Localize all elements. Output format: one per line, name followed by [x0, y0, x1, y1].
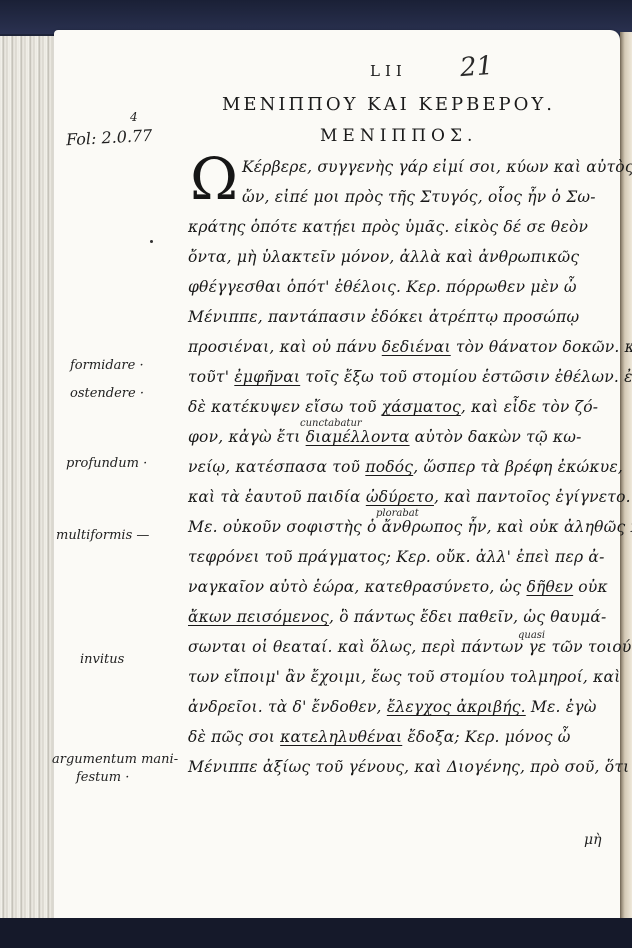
- text-line: δὲ κατέκυψεν εἴσω τοῦ χάσματος, καὶ εἶδε…: [188, 398, 598, 426]
- text-line: των εἴποιμ' ἂν ἔχοιμι, ἕως τοῦ στομίου τ…: [188, 668, 620, 696]
- underlined-phrase: διαμέλλοντα: [306, 428, 410, 446]
- margin-note: invitus: [80, 652, 124, 667]
- ink-speck: [150, 240, 153, 243]
- margin-note: multiformis —: [56, 528, 149, 543]
- text-line: φον, κἀγὼ ἔτι διαμέλλοντα αὐτὸν δακὼν τῷ…: [188, 428, 582, 456]
- text-line: ὤν, εἰπέ μοι πρὸς τῆς Στυγός, οἷος ἦν ὁ …: [242, 188, 596, 216]
- margin-note: argumentum mani-: [52, 752, 178, 767]
- underlined-phrase: κατεληλυθέναι: [280, 728, 402, 746]
- underlined-phrase: ἐμφῆναι: [234, 368, 300, 386]
- scan-background-bottom: [0, 918, 632, 948]
- margin-note: formidare ·: [70, 358, 144, 373]
- text-line: τεφρόνει τοῦ πράγματος; Κερ. οὔκ. ἀλλ' ἐ…: [188, 548, 605, 576]
- interlinear-gloss: plorabat: [376, 508, 419, 519]
- text-line: ναγκαῖον αὐτὸ ἑώρα, κατεθρασύνετο, ὡς δῆ…: [188, 578, 608, 606]
- text-line: Μένιππε, παντάπασιν ἐδόκει ἀτρέπτῳ προσώ…: [188, 308, 579, 336]
- text-line: κράτης ὁπότε κατῄει πρὸς ὑμᾶς. εἰκὸς δέ …: [188, 218, 588, 246]
- underlined-phrase: δῆθεν: [526, 578, 573, 596]
- shelfmark-superscript: 4: [130, 110, 138, 124]
- margin-note: ostendere ·: [70, 386, 144, 401]
- drop-cap-initial: Ω: [190, 150, 238, 208]
- book-page-edges: [0, 36, 55, 926]
- speaker-heading: ΜΕΝΙΠΠΟΣ.: [320, 126, 477, 146]
- interlinear-gloss: quasi: [518, 630, 545, 641]
- interlinear-gloss: cunctabatur: [300, 418, 362, 429]
- underlined-phrase: χάσματος: [382, 398, 461, 416]
- underlined-phrase: δεδιέναι: [382, 338, 451, 356]
- text-line: Με. οὐκοῦν σοφιστὴς ὁ ἄνθρωπος ἦν, καὶ ο…: [188, 518, 632, 546]
- underlined-phrase: ἄκων πεισόμενος: [188, 608, 329, 626]
- margin-note: festum ·: [76, 770, 129, 785]
- text-line: νείῳ, κατέσπασα τοῦ ποδός, ὥσπερ τὰ βρέφ…: [188, 458, 623, 486]
- text-line: τοῦτ' ἐμφῆναι τοῖς ἔξω τοῦ στομίου ἑστῶσ…: [188, 368, 632, 396]
- underlined-phrase: ποδός: [365, 458, 413, 476]
- text-line: Κέρβερε, συγγενὴς γάρ εἰμί σοι, κύων καὶ…: [242, 158, 632, 186]
- handwritten-folio-number: 21: [459, 51, 494, 83]
- text-line: Μένιππε ἀξίως τοῦ γένους, καὶ Διογένης, …: [188, 758, 629, 786]
- text-line: προσιέναι, καὶ οὐ πάνυ δεδιέναι τὸν θάνα…: [188, 338, 632, 366]
- text-line: ὄντα, μὴ ὑλακτεῖν μόνον, ἀλλὰ καὶ ἀνθρωπ…: [188, 248, 579, 276]
- dialogue-title: ΜΕΝΙΠΠΟΥ ΚΑΙ ΚΕΡΒΕΡΟΥ.: [222, 94, 622, 115]
- scan-background-top: [0, 0, 632, 34]
- catchword: μὴ: [584, 832, 602, 848]
- text-line: σωνται οἱ θεαταί. καὶ ὅλως, περὶ πάντων …: [188, 638, 632, 666]
- text-line: δὲ πῶς σοι κατεληλυθέναι ἔδοξα; Κερ. μόν…: [188, 728, 571, 756]
- margin-note: profundum ·: [66, 456, 147, 471]
- underlined-phrase: ὠδύρετο: [366, 488, 434, 506]
- text-line: φθέγγεσθαι ὁπότ' ἐθέλοις. Κερ. πόρρωθεν …: [188, 278, 577, 306]
- text-line: ἀνδρεῖοι. τὰ δ' ἔνδοθεν, ἔλεγχος ἀκριβής…: [188, 698, 597, 726]
- underlined-phrase: ἔλεγχος ἀκριβής.: [387, 698, 526, 716]
- folio-number: LII: [370, 62, 407, 80]
